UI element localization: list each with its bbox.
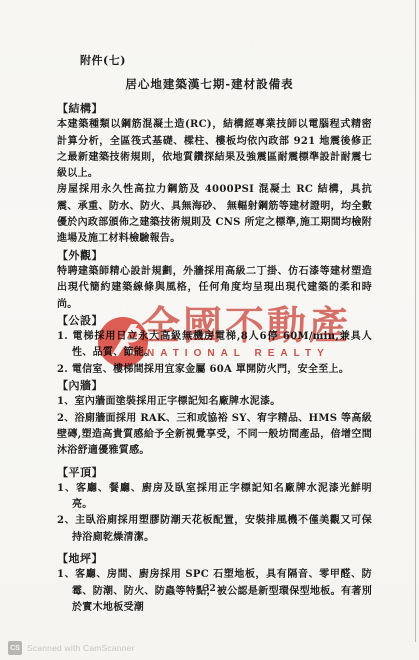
ceiling-item-2: 2、主臥浴廁採用塑膠防潮天花板配置，安裝排風機不僅美觀又可保持浴廁乾燥清潔。 <box>57 513 372 546</box>
section-interior-walls: 【內牆】 1、室內牆面塗裝採用正字標記知名廠牌水泥漆。 2、浴廁牆面採用 RAK… <box>57 378 372 459</box>
attachment-label: 附件(七) <box>80 52 126 68</box>
section-heading-structure: 【結構】 <box>57 101 372 117</box>
public-facilities-item-1: 1. 電梯採用日立永大高級無機房電梯,8人6停 60M/min,兼具人性、品質、… <box>57 329 372 362</box>
scan-edge-line <box>415 0 416 642</box>
interior-walls-item-1: 1、室內牆面塗裝採用正字標記知名廠牌水泥漆。 <box>57 394 372 410</box>
document-body: 【結構】 本建築種類以鋼筋混凝土造(RC)，結構經專業技師以電腦程式精密計算分析… <box>57 101 372 616</box>
section-heading-flooring: 【地坪】 <box>57 551 372 567</box>
section-exterior: 【外觀】 特聘建築師精心設計規劃，外牆採用高級二丁掛、仿石漆等建材塑造出現代簡約… <box>57 248 372 313</box>
section-heading-public-facilities: 【公設】 <box>57 313 372 329</box>
scanned-document-page: 附件(七) 居心地建築漢七期-建材設備表 【結構】 本建築種類以鋼筋混凝土造(R… <box>0 0 419 660</box>
camscanner-footer: CS Scanned with CamScanner <box>8 641 135 655</box>
section-heading-ceiling: 【平頂】 <box>57 465 372 481</box>
section-public-facilities: 【公設】 1. 電梯採用日立永大高級無機房電梯,8人6停 60M/min,兼具人… <box>57 313 372 378</box>
camscanner-badge-icon: CS <box>8 641 22 655</box>
section-ceiling: 【平頂】 1、客廳、餐廳、廚房及臥室採用正字標記知名廠牌水泥漆光鮮明亮。 2、主… <box>57 465 372 546</box>
section-structure: 【結構】 本建築種類以鋼筋混凝土造(RC)，結構經專業技師以電腦程式精密計算分析… <box>57 101 372 248</box>
ceiling-item-1: 1、客廳、餐廳、廚房及臥室採用正字標記知名廠牌水泥漆光鮮明亮。 <box>57 481 372 514</box>
exterior-paragraph: 特聘建築師精心設計規劃，外牆採用高級二丁掛、仿石漆等建材塑造出現代簡約建築線條與… <box>57 264 372 313</box>
structure-paragraph-2: 房屋採用永久性高拉力鋼筋及 4000PSI 混凝土 RC 結構，具抗震、承重、防… <box>57 182 372 247</box>
public-facilities-item-2: 2. 電信室、樓梯間採用宜家金屬 60A 單開防火門，安全至上。 <box>57 362 372 378</box>
interior-walls-item-2: 2、浴廁牆面採用 RAK、三和或協裕 SY、宥字精品、HMS 等高級壁磚,塑造高… <box>57 411 372 460</box>
structure-paragraph-1: 本建築種類以鋼筋混凝土造(RC)，結構經專業技師以電腦程式精密計算分析，全區筏式… <box>57 117 372 182</box>
page-number: 32 <box>0 584 419 594</box>
section-heading-interior-walls: 【內牆】 <box>57 378 372 394</box>
document-title: 居心地建築漢七期-建材設備表 <box>0 76 419 92</box>
section-heading-exterior: 【外觀】 <box>57 248 372 264</box>
camscanner-text: Scanned with CamScanner <box>27 643 135 653</box>
